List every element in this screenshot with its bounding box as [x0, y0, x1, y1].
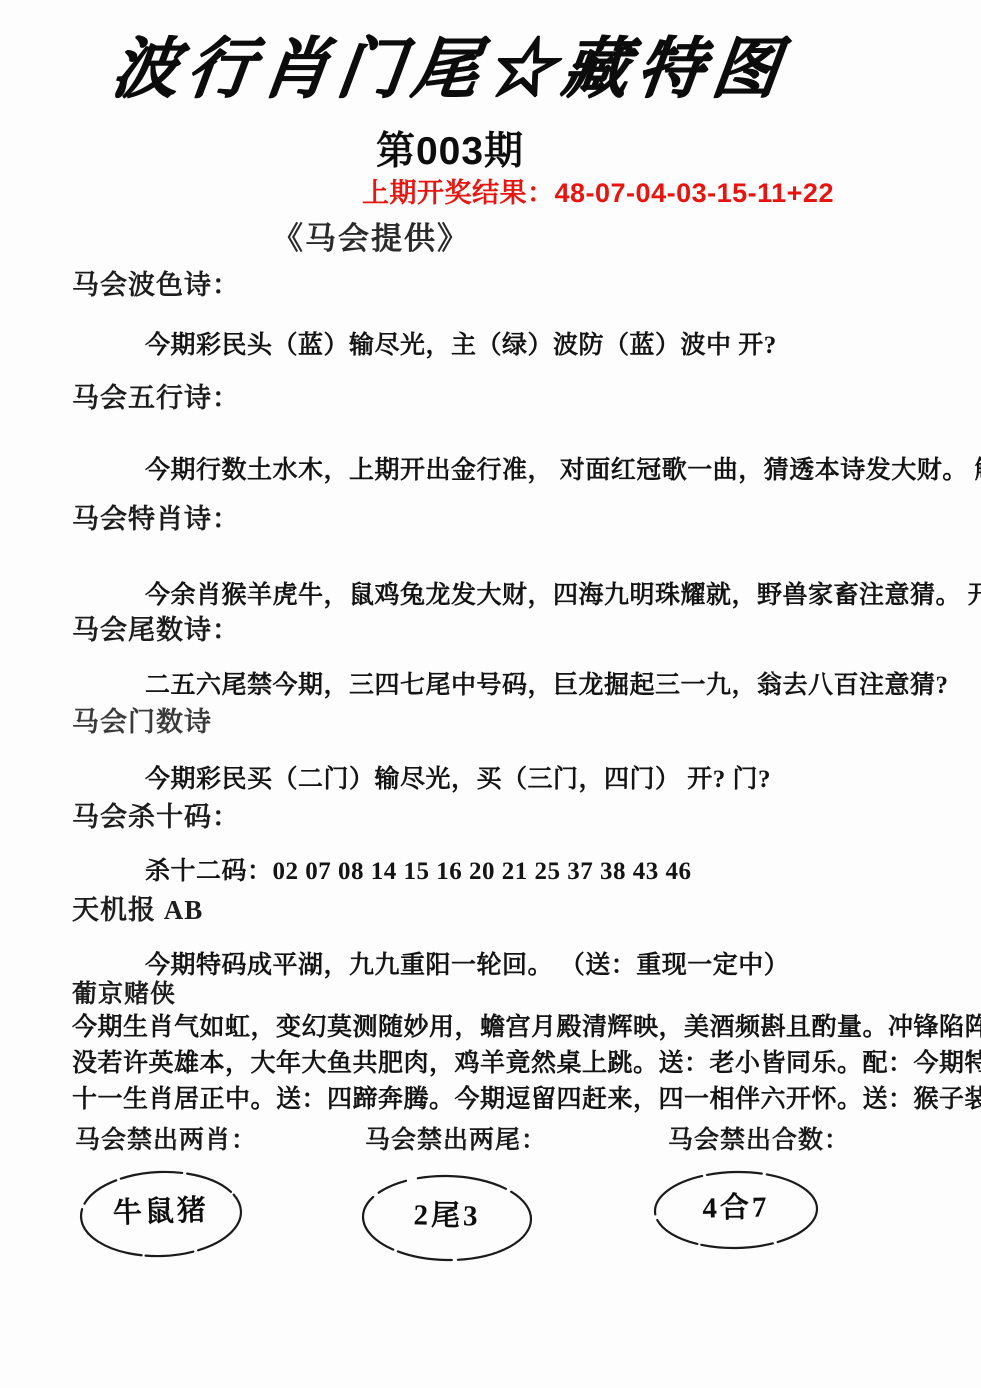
forbid-two-tail-label: 马会禁出两尾：	[365, 1120, 547, 1156]
forbid-two-zodiac-oval: 牛鼠猪	[74, 1165, 247, 1263]
forbid-two-zodiac-label: 马会禁出两肖：	[75, 1120, 257, 1156]
section-content-tianjibao: 今期特码成平湖，九九重阳一轮回。 （送：重现一定中）	[145, 945, 789, 981]
section-content-wuxing: 今期行数土水木，上期开出金行准， 对面红冠歌一曲，猜透本诗发大财。 解（?）	[145, 450, 981, 486]
section-content-texiao: 今余肖猴羊虎牛，鼠鸡兔龙发大财，四海九明珠耀就，野兽家畜注意猜。 开?	[145, 575, 981, 611]
section-content-bose: 今期彩民头（蓝）输尽光，主（绿）波防（蓝）波中 开?	[145, 325, 777, 361]
section-heading-weishu: 马会尾数诗：	[72, 608, 240, 647]
forbid-two-zodiac-value: 牛鼠猪	[74, 1165, 247, 1253]
section-heading-pujing: 葡京赌侠	[72, 974, 176, 1010]
forbid-two-tail-value: 2尾3	[357, 1170, 536, 1255]
section-heading-texiao: 马会特肖诗：	[72, 497, 240, 536]
forbid-sum-label: 马会禁出合数：	[668, 1120, 850, 1156]
forbid-sum-oval: 4合7	[649, 1167, 822, 1254]
page-title: 波行肖门尾☆藏特图	[94, 18, 806, 118]
section-heading-wuxing: 马会五行诗：	[72, 376, 240, 415]
section-heading-bose: 马会波色诗：	[72, 263, 240, 302]
last-draw-result: 上期开奖结果：48-07-04-03-15-11+22	[362, 171, 834, 210]
section-heading-menshu: 马会门数诗	[72, 700, 212, 739]
issue-number: 第003期	[300, 120, 600, 176]
section-content-shashima: 杀十二码：02 07 08 14 15 16 20 21 25 37 38 43…	[145, 851, 692, 887]
section-content-weishu: 二五六尾禁今期，三四七尾中号码，巨龙掘起三一九，翁去八百注意猜?	[145, 665, 949, 701]
pujing-line-3: 十一生肖居正中。送：四蹄奔腾。今期逗留四赶来，四一相伴六开怀。送：猴子装人相	[72, 1079, 932, 1115]
provider-line: 《马会提供》	[272, 213, 470, 258]
pujing-line-2: 没若许英雄本，大年大鱼共肥肉，鸡羊竟然桌上跳。送：老小皆同乐。配：今期特码五人行…	[72, 1043, 932, 1079]
section-heading-shashima: 马会杀十码：	[72, 795, 240, 834]
tip-sheet-page: 波行肖门尾☆藏特图 第003期 上期开奖结果：48-07-04-03-15-11…	[0, 0, 981, 1388]
last-draw-result-numbers: 48-07-04-03-15-11+22	[555, 178, 834, 208]
section-heading-tianjibao: 天机报 AB	[72, 888, 203, 927]
section-content-menshu: 今期彩民买（二门）输尽光，买（三门，四门） 开? 门?	[145, 759, 771, 795]
forbid-sum-value: 4合7	[649, 1167, 822, 1244]
forbid-two-tail-oval: 2尾3	[357, 1170, 537, 1265]
pujing-line-1: 今期生肖气如虹，变幻莫测随妙用，蟾宫月殿清辉映，美酒频斟且酌量。冲锋陷阵忘生死，…	[72, 1007, 932, 1043]
last-draw-result-label: 上期开奖结果：	[362, 178, 555, 208]
